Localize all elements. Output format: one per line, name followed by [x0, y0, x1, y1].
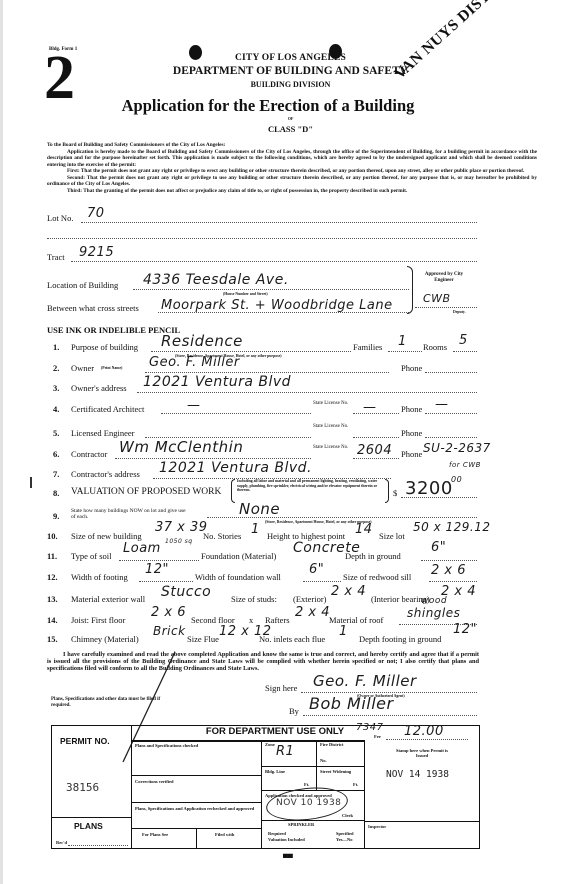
foundation-wall-value: 6"	[309, 562, 324, 577]
permit-no-label: PERMIT NO.	[60, 736, 110, 746]
owner-label: Owner	[71, 363, 94, 373]
foundation-label: Foundation (Material)	[201, 551, 276, 561]
footer-mark: ▀ ▀	[283, 855, 292, 862]
chimney-footing-label: Depth footing in ground	[359, 634, 441, 644]
footing-label: Width of footing	[71, 572, 128, 582]
contractor-license-value: 2604	[357, 443, 392, 458]
exterior-wall-label: Material exterior wall	[71, 594, 145, 604]
plans-cell: PLANS Rec'd	[52, 818, 132, 849]
contractor-margin-note: for CWB	[449, 461, 481, 469]
soil-label: Type of soil	[71, 551, 111, 561]
filed-with-label: Filed with	[215, 832, 234, 837]
bldg-line-label: Bldg. Line	[265, 769, 285, 774]
inspector-label: Inspector	[368, 824, 386, 829]
roof-material-note: wood	[421, 596, 447, 606]
signature-agent: Bob Miller	[309, 694, 394, 713]
sign-here-label: Sign here	[265, 683, 297, 693]
rechecked-cell: Plans, Specifications and Application re…	[132, 803, 262, 829]
zone-value: R1	[276, 744, 294, 759]
approved-initials: CWB	[423, 292, 451, 305]
exterior-wall-value: Stucco	[161, 584, 211, 600]
valuation-label: VALUATION OF PROPOSED WORK	[71, 487, 221, 497]
class-heading: CLASS "D"	[3, 124, 575, 134]
owner-value: Geo. F. Miller	[149, 355, 240, 370]
tract-label: Tract	[47, 252, 65, 262]
title-of-connector: OF	[3, 116, 575, 121]
clerk-label: Clerk	[342, 813, 353, 818]
plans-checked-cell: Plans and Specifications checked	[132, 740, 262, 776]
contractor-value: Wm McClenthin	[119, 438, 243, 456]
roof-value: shingles	[407, 606, 460, 620]
valuation-note: Including all labor and material and all…	[237, 479, 387, 493]
footing-value: 12"	[145, 562, 169, 577]
flue-label: Size Flue	[187, 634, 219, 644]
fee-label: Fee	[374, 734, 381, 739]
soil-value: Loam	[123, 541, 161, 556]
purpose-label: Purpose of building	[71, 342, 138, 352]
fire-district-label: Fire District	[320, 742, 344, 747]
roof-label: Material of roof	[329, 615, 383, 625]
margin-mark	[30, 477, 32, 488]
rooms-label: Rooms	[423, 342, 447, 352]
families-label: Families	[353, 342, 382, 352]
permit-document-page: Bldg. Form 1 2 CITY OF LOS ANGELES DEPAR…	[0, 0, 575, 884]
item-number: 13.	[47, 594, 58, 604]
valuation-currency: $	[393, 488, 397, 498]
existing-buildings-value: None	[239, 500, 280, 518]
preamble-first: First: That the permit does not grant an…	[47, 168, 537, 175]
families-value: 1	[398, 334, 407, 349]
zone-cell: Zone R1	[262, 740, 317, 767]
plans-checked-label: Plans and Specifications checked	[135, 743, 198, 748]
permit-no-cell: PERMIT NO. 38156	[52, 726, 132, 818]
contractor-address-label: Contractor's address	[71, 469, 140, 479]
rooms-value: 5	[459, 333, 468, 348]
division-heading: BUILDING DIVISION	[3, 80, 575, 89]
divider	[365, 821, 479, 822]
preamble-text: To the Board of Building and Safety Comm…	[47, 142, 537, 194]
bracket-divider	[231, 479, 235, 503]
corrections-cell: Corrections verified	[132, 776, 262, 803]
architect-phone-label: Phone	[401, 404, 422, 414]
contractor-license-label: State License No.	[313, 445, 353, 451]
cross-streets-value: Moorpark St. + Woodbridge Lane	[161, 298, 393, 313]
department-use-box: FOR DEPARTMENT USE ONLY 7347 PERMIT NO. …	[51, 725, 480, 849]
by-label: By	[289, 706, 299, 716]
for-plans-see-cell: For Plans See	[132, 829, 197, 849]
inlets-label: No. inlets each flue	[259, 634, 325, 644]
stamp-note: Stamp here when Permit is Issued	[392, 748, 452, 758]
foundation-wall-label: Width of foundation wall	[195, 572, 281, 582]
building-location-label: Location of Building	[47, 280, 118, 290]
item-number: 6.	[53, 449, 59, 459]
sill-label: Size of redwood sill	[343, 572, 411, 582]
size-building-value: 37 x 39	[155, 520, 208, 535]
bldg-line-ft-label: Ft.	[304, 782, 309, 787]
size-lot-label: Size lot	[379, 531, 405, 541]
owner-phone-label: Phone	[401, 363, 422, 373]
studs-label: Size of studs:	[231, 594, 277, 604]
size-building-area: 1050 sq	[165, 538, 193, 545]
joist-first-value: 2 x 6	[151, 605, 186, 620]
owner-label-hint: (Print Name)	[101, 366, 122, 370]
contractor-label: Contractor	[71, 449, 107, 459]
sill-value: 2 x 6	[431, 563, 466, 578]
contractor-phone-value: SU-2-2637	[423, 441, 491, 455]
contractor-address-value: 12021 Ventura Blvd.	[159, 460, 312, 476]
stories-value: 1	[251, 522, 260, 537]
lot-label: Lot No.	[47, 213, 73, 223]
item-number: 14.	[47, 615, 58, 625]
valuation-value: 3200	[405, 478, 453, 499]
item-number: 1.	[53, 342, 59, 352]
city-heading: CITY OF LOS ANGELES	[3, 53, 575, 63]
sprinkler-label: SPRINKLER	[288, 822, 314, 827]
fire-district-no-label: No.	[320, 758, 327, 763]
document-title: Application for the Erection of a Buildi…	[3, 96, 533, 116]
depth-label: Depth in ground	[345, 551, 401, 561]
studs-exterior-label: (Exterior)	[293, 594, 327, 604]
item-number: 9.	[53, 511, 59, 521]
for-plans-see-label: For Plans See	[142, 832, 168, 837]
department-use-note: 7347	[356, 722, 383, 733]
item-number: 10.	[47, 531, 58, 541]
street-widening-ft-label: Ft.	[353, 782, 358, 787]
permit-no-value: 38156	[66, 781, 99, 794]
engineer-phone-label: Phone	[401, 428, 422, 438]
preamble-application: Application is hereby made to the Board …	[47, 149, 537, 169]
deputy-label: Deputy.	[453, 310, 466, 314]
architect-label: Certificated Architect	[71, 404, 144, 414]
street-widening-label: Street Widening	[320, 769, 351, 774]
yes-no-label: Yes—No	[336, 837, 353, 842]
architect-license-label: State License No.	[313, 401, 353, 407]
filed-with-cell: Filed with	[197, 829, 262, 849]
owner-address-value: 12021 Ventura Blvd	[143, 374, 291, 390]
item-number: 5.	[53, 428, 59, 438]
contractor-phone-label: Phone	[401, 449, 422, 459]
owner-address-label: Owner's address	[71, 383, 127, 393]
inlets-value: 1	[339, 624, 348, 639]
signature-owner: Geo. F. Miller	[313, 672, 417, 690]
preamble-second: Second: That the permit does not grant a…	[47, 175, 537, 188]
existing-buildings-label: State how many buildings NOW on lot and …	[71, 509, 191, 520]
architect-phone-value: —	[435, 397, 449, 412]
item-number: 4.	[53, 404, 59, 414]
item-number: 15.	[47, 634, 58, 644]
required-label: Required	[268, 831, 286, 836]
architect-license-value: —	[363, 400, 377, 415]
joist-first-label: Joist: First floor	[71, 615, 125, 625]
rechecked-label: Plans, Specifications and Application re…	[135, 806, 255, 811]
item-number: 11.	[47, 551, 57, 561]
engineer-license-label: State License No.	[313, 424, 353, 430]
sprinkler-cell: SPRINKLER Required Valuation Included Sp…	[262, 821, 365, 849]
stories-label: No. Stories	[203, 531, 241, 541]
item-number: 8.	[53, 488, 59, 498]
item-number: 3.	[53, 383, 59, 393]
chimney-value: Brick	[153, 624, 186, 638]
department-use-title: FOR DEPARTMENT USE ONLY	[206, 726, 344, 737]
valuation-cents: 00	[451, 475, 462, 484]
engineer-label: Licensed Engineer	[71, 428, 134, 438]
tract-value: 9215	[79, 245, 114, 260]
fee-value: 12.00	[404, 724, 444, 739]
item-number: 2.	[53, 363, 59, 373]
size-building-label: Size of new building	[71, 531, 142, 541]
purpose-value: Residence	[161, 332, 243, 350]
depth-value: 6"	[431, 540, 446, 555]
item-number: 12.	[47, 572, 58, 582]
department-heading: DEPARTMENT OF BUILDING AND SAFETY	[3, 65, 575, 77]
lot-value: 70	[87, 206, 105, 221]
bracket-divider	[385, 479, 389, 503]
fire-district-cell: Fire District No.	[317, 740, 365, 767]
size-lot-value: 50 x 129.12	[413, 520, 491, 534]
cross-streets-label: Between what cross streets	[47, 303, 139, 313]
issued-date-stamp: NOV 14 1938	[386, 769, 449, 780]
specified-label: Specified	[336, 831, 354, 836]
building-location-hint: (House Number and Street)	[223, 292, 268, 296]
height-value: 14	[355, 522, 373, 537]
chimney-label: Chimney (Material)	[71, 634, 139, 644]
valuation-included-label: Valuation Included	[268, 837, 305, 842]
bracket-divider	[407, 266, 413, 314]
plans-label: PLANS	[74, 821, 103, 831]
approved-by-label: Approved by City Engineer	[419, 272, 469, 283]
plans-received-label: Rec'd	[56, 840, 67, 845]
studs-exterior-value: 2 x 4	[331, 584, 366, 599]
building-location-value: 4336 Teesdale Ave.	[143, 272, 289, 288]
architect-value: —	[187, 398, 201, 413]
preamble-third: Third: That the granting of the permit d…	[47, 188, 537, 195]
zone-label: Zone	[265, 742, 275, 747]
corrections-label: Corrections verified	[135, 779, 174, 784]
rafters-value: 2 x 4	[295, 605, 330, 620]
item-number: 7.	[53, 469, 59, 479]
chimney-footing-value: 12"	[453, 622, 477, 637]
